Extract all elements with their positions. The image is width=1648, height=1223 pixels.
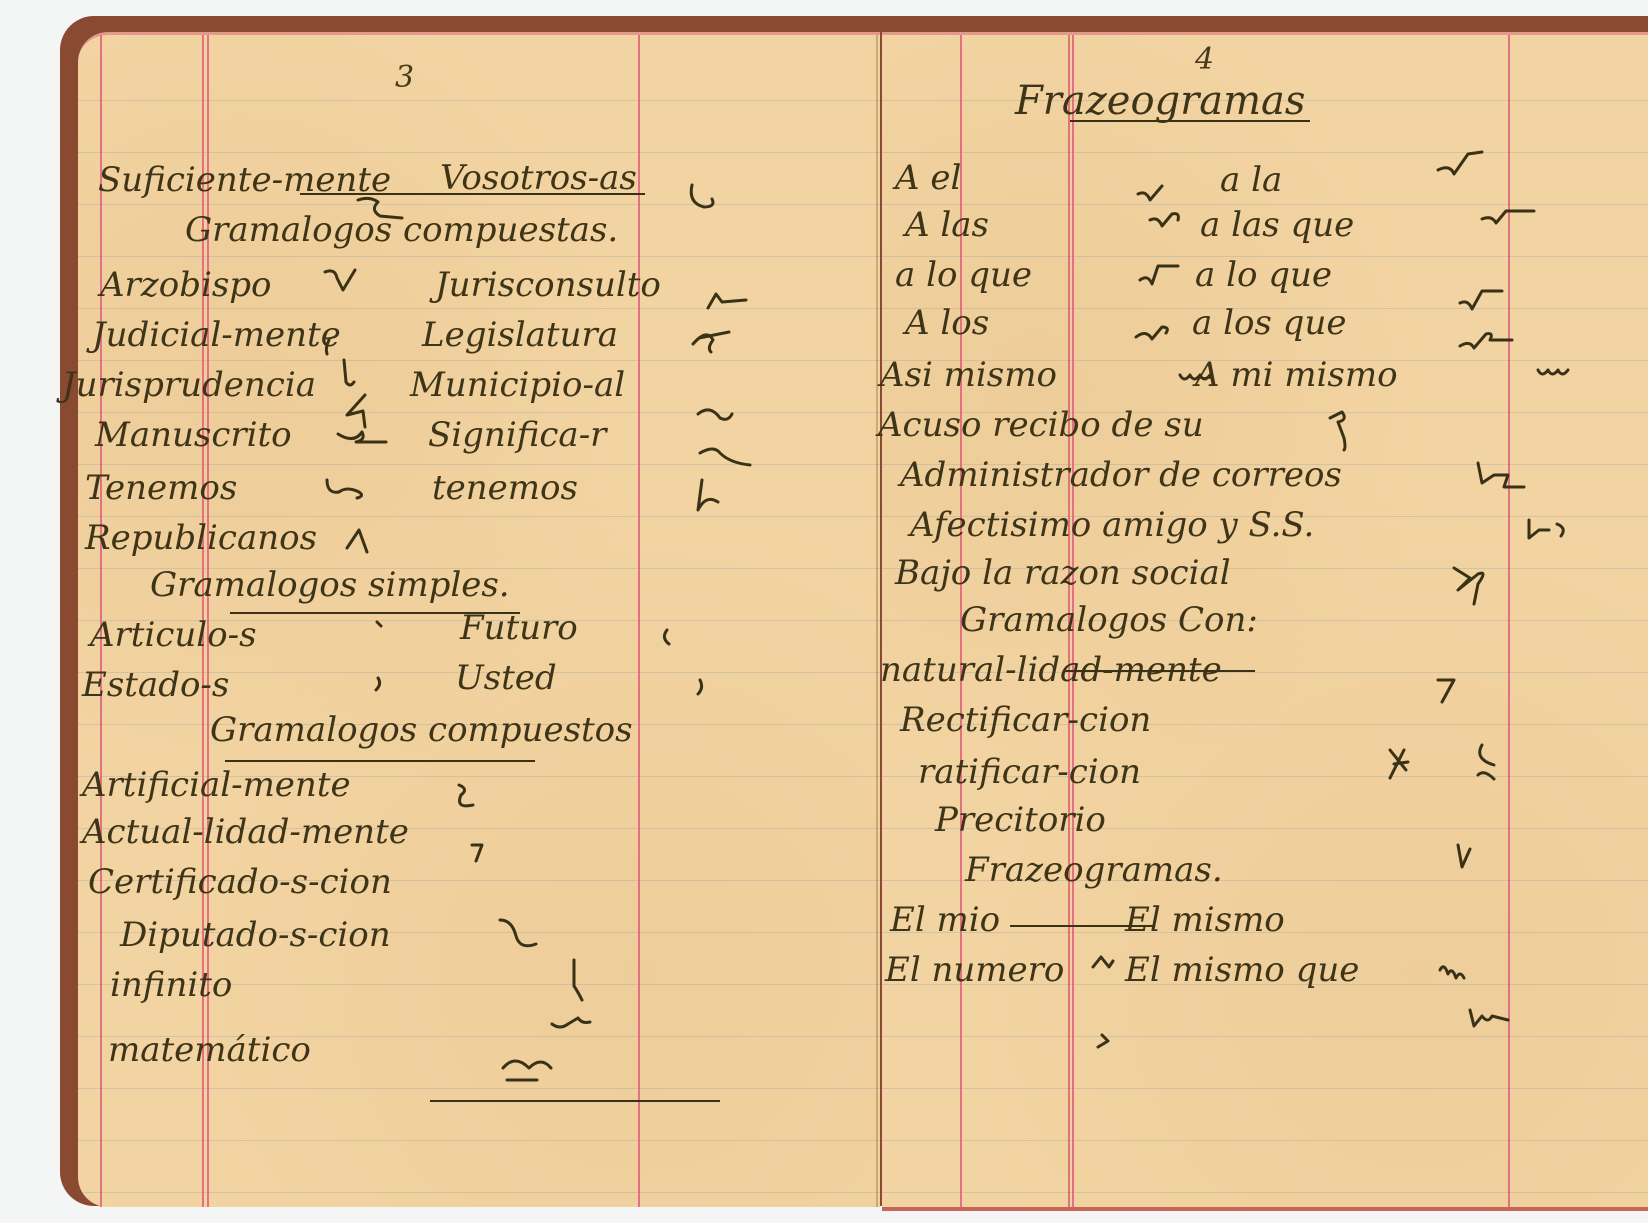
section-heading: Gramalogos simples. [150,565,510,605]
glyph-ratificar-icon [1478,745,1538,789]
handwritten-entry: a las que [1200,205,1354,245]
handwritten-entry: El mismo que [1125,950,1359,990]
handwritten-entry: Estado-s [82,665,229,705]
glyph-elmismoque-icon [1470,1010,1530,1054]
glyph-usted-icon [700,680,760,724]
handwritten-entry: Articulo-s [90,615,257,655]
glyph-rectificar-icon [1390,750,1450,794]
glyph-precitorio-icon [1458,845,1518,889]
handwritten-entry: Republicanos [85,518,317,558]
glyph-republicanos-icon [347,528,407,572]
handwritten-entry: Diputado-s-cion [120,915,391,955]
handwritten-entry: Arzobispo [100,265,272,305]
handwritten-entry: a los que [1192,303,1346,343]
glyph-tenemos-icon [698,480,758,524]
handwritten-entry: matemático [108,1030,311,1070]
handwritten-entry: Municipio-al [410,365,625,405]
glyph-artificialmente-icon [455,785,515,829]
handwritten-entry: A las [905,205,989,245]
handwritten-entry: Precitorio [935,800,1106,840]
underline-matematico [430,1100,720,1102]
handwritten-entry: A el [895,158,961,198]
handwritten-entry: Actual-lidad-mente [82,812,409,852]
glyph-arzobispo-icon [325,272,385,316]
glyph-aloque1-icon [1140,262,1200,306]
glyph-futuro-icon [663,630,723,674]
glyph-vosotros-icon [690,185,750,229]
handwritten-entry: Jurisconsulto [435,265,661,305]
glyph-naturalidad-icon [1438,680,1498,724]
glyph-certificado-icon [500,920,560,964]
handwritten-entry: El numero [885,950,1064,990]
glyph-elmio-icon [1093,955,1153,999]
handwritten-entry: Artificial-mente [82,765,351,805]
right-page-title: Frazeogramas [1015,78,1305,124]
glyph-infinito-icon [552,1020,612,1064]
handwritten-entry: El mismo [1125,900,1285,940]
underline-suficiente [300,193,645,195]
handwritten-entry: Futuro [460,608,578,648]
glyph-alas-icon [1150,208,1210,252]
handwritten-entry: Asi mismo [880,355,1057,395]
glyph-estado-icon [378,678,438,722]
handwritten-entry: Rectificar-cion [900,700,1151,740]
handwritten-entry: Legislatura [422,315,618,355]
handwritten-entry: Manuscrito [95,415,292,455]
handwritten-entry: Bajo la razon social [895,553,1231,593]
glyph-asimismo-icon [1180,375,1240,419]
glyph-suficientemente-icon [358,200,418,244]
glyph-fingamos-icon [325,480,385,524]
glyph-administrador-icon [1478,463,1538,507]
handwritten-entry: Acuso recibo de su [878,405,1204,445]
glyph-jurisconsulto-icon [708,290,768,334]
handwritten-entry: Jurisprudencia [62,365,316,405]
handwritten-entry: a lo que [895,255,1032,295]
glyph-alos-icon [1136,315,1196,359]
glyph-articulo-icon [377,622,437,666]
section-heading: Gramalogos Con: [960,600,1258,640]
underline-gramalogos-con [1065,670,1255,672]
glyph-elmismo-icon [1440,960,1500,1004]
glyph-actualidad-icon [472,845,532,889]
handwritten-entry: A los [905,303,989,343]
glyph-legislatura-icon [693,330,753,374]
glyph-afectisimo-icon [1525,520,1585,564]
underline-frazeogramas-2 [1010,925,1155,927]
handwritten-entry: Vosotros-as [440,158,637,198]
handwritten-entry: Tenemos [85,468,237,508]
glyph-alosque-icon [1460,330,1520,374]
glyph-alaq-icon [1438,150,1498,194]
handwritten-entry: Usted [455,658,557,698]
handwritten-entry: Certificado-s-cion [88,862,392,902]
underline-compuestos [225,760,535,762]
page-number-left: 3 [395,60,414,95]
handwritten-entry: infinito [110,965,232,1005]
underline-simples [230,612,520,614]
glyph-bajolarazon-icon [1450,568,1510,612]
handwritten-entry: ratificar-cion [918,752,1141,792]
glyph-matematico-icon [503,1060,563,1104]
handwritten-entry: Afectisimo amigo y S.S. [910,505,1314,545]
section-heading: Frazeogramas. [965,850,1223,890]
page-number-right: 4 [1195,42,1214,77]
handwritten-entry: Administrador de correos [900,455,1342,495]
glyph-diputado-icon [572,960,632,1004]
glyph-elnumero-icon [1098,1035,1158,1079]
gutter-line [876,35,878,1207]
glyph-aloque2-icon [1460,287,1520,331]
handwritten-entry: a lo que [1195,255,1332,295]
glyph-alasque-icon [1482,205,1542,249]
margin-line [638,35,640,1207]
underline-frazeogramas-title [1070,120,1310,122]
glyph-amimismo-icon [1538,370,1598,414]
handwritten-entry: Significa-r [428,415,606,455]
glyph-manuscrito-icon [338,430,398,474]
glyph-acuso-icon [1330,408,1390,452]
handwritten-entry: Judicial-mente [92,315,341,355]
handwritten-entry: tenemos [432,468,578,508]
handwritten-entry: El mio [890,900,1000,940]
handwritten-entry: a la [1220,160,1282,200]
